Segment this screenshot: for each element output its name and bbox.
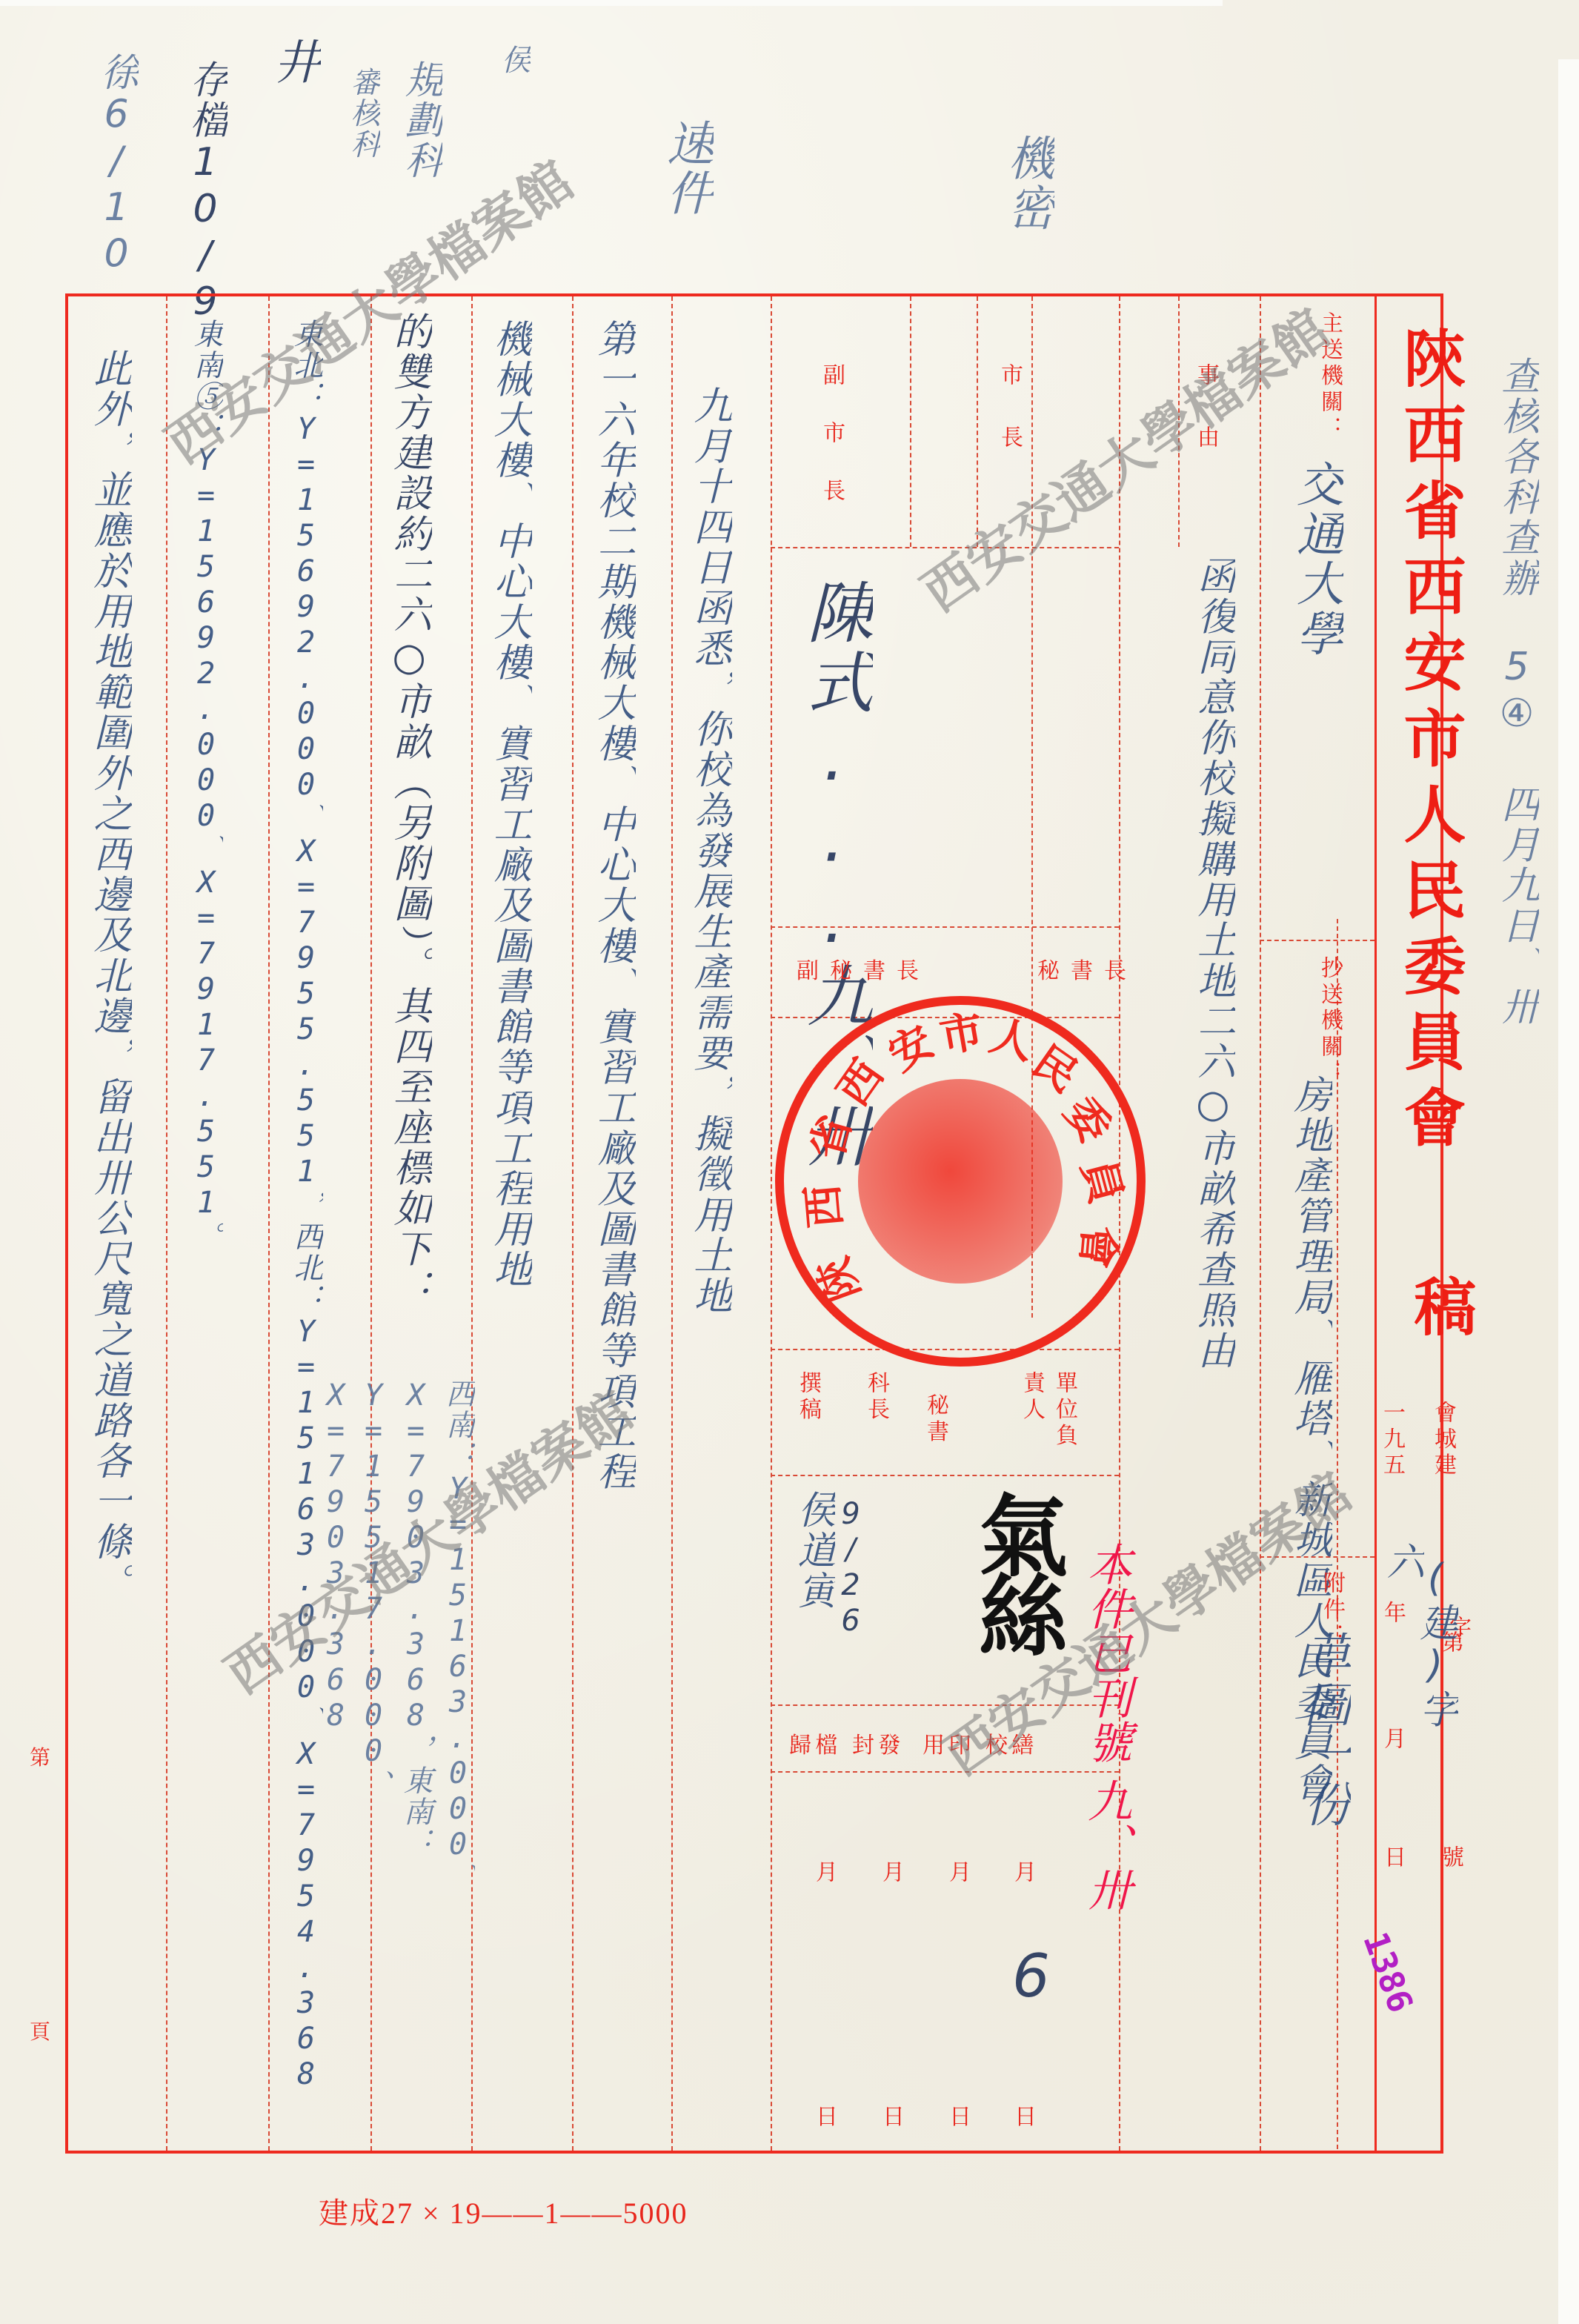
right-margin-note: 查核各科查辦 5④ 四月九日、卅 bbox=[1489, 356, 1545, 1838]
column-rule bbox=[1374, 296, 1377, 2151]
page-label-bottom: 頁 bbox=[30, 2016, 50, 2045]
seal-char: 人 bbox=[984, 1000, 1042, 1072]
proofread-day: 日 bbox=[1006, 2105, 1039, 2131]
note-urgent: 速件 bbox=[652, 119, 720, 218]
deputy-secretary-general-label: 副秘書長 bbox=[797, 952, 930, 985]
note-confidential: 機密 bbox=[993, 133, 1061, 233]
column-rule bbox=[671, 296, 673, 2151]
attachment-value: 草圖一份 bbox=[1289, 1630, 1357, 1830]
seal-char: 省 bbox=[792, 1107, 863, 1165]
secretary-label: 秘書 bbox=[919, 1393, 951, 1446]
dispatch-day: 日 bbox=[874, 2105, 907, 2131]
ref-prefix-label: 會城建 bbox=[1426, 1401, 1459, 1479]
page-label-top: 第 bbox=[30, 1742, 50, 1771]
dispatch-month: 月 bbox=[874, 1860, 907, 1886]
note-initial: 侯 bbox=[493, 44, 535, 76]
seal-char: 西 bbox=[788, 1182, 854, 1230]
filing-label: 歸檔 bbox=[789, 1727, 842, 1759]
body-line-3: 機械大樓、中心大樓、實習工廠及圖書館等項工程用地 bbox=[482, 319, 537, 2134]
form-print-code: 建成27 × 19——1——5000 bbox=[319, 2190, 688, 2232]
body-line-last: 此外，並應於用地範圍外之西邊及北邊，留出卅公尺寬之道路各一條。 bbox=[82, 348, 137, 2127]
dispatch-label: 封發 bbox=[852, 1727, 905, 1759]
org-title: 陝西省西安市人民委員會 bbox=[1386, 326, 1475, 1161]
proofread-month-value: 6 bbox=[997, 1942, 1066, 2013]
scan-edge-top bbox=[0, 0, 1223, 6]
note-planning-section: 規劃科 bbox=[393, 59, 448, 181]
filing-month: 月 bbox=[808, 1860, 840, 1886]
column-rule bbox=[977, 296, 978, 547]
scan-edge-right bbox=[1558, 59, 1579, 2324]
seal-char: 陝 bbox=[799, 1249, 872, 1311]
drafter-label: 撰稿 bbox=[791, 1371, 824, 1424]
ref-year-digit: 六 bbox=[1374, 1541, 1430, 1582]
subject-value: 函復同意你校擬購用土地二六○市畝希查照由 bbox=[1186, 556, 1240, 1371]
coordinates-column-2: 東南⑤：Y=15692.000、X=7917.551。 bbox=[185, 319, 227, 2134]
note-mark: 井 bbox=[259, 37, 328, 87]
seal-char: 市 bbox=[934, 996, 988, 1065]
seal-char: 會 bbox=[1069, 1223, 1135, 1271]
national-emblem-icon bbox=[858, 1079, 1063, 1284]
drafter-signature: 侯道寅 bbox=[785, 1490, 841, 1611]
note-review-section: 審核科 bbox=[342, 67, 385, 160]
ref-hao-label: 號 bbox=[1434, 1845, 1466, 1871]
drafter-date: 9/26 bbox=[834, 1497, 868, 1639]
proofread-month: 月 bbox=[1006, 1860, 1039, 1886]
note-date-2: 徐6/10 bbox=[89, 52, 144, 278]
note-date-1: 存檔10/9 bbox=[178, 59, 233, 326]
seal-char: 安 bbox=[875, 1007, 943, 1083]
seal-use-day: 日 bbox=[941, 2105, 974, 2131]
column-rule bbox=[572, 296, 574, 2151]
column-rule bbox=[268, 296, 270, 2151]
official-seal: 陝 西 省 西 安 市 人 民 委 員 會 bbox=[775, 996, 1146, 1367]
day-label-ref: 日 bbox=[1376, 1845, 1409, 1871]
column-rule bbox=[1260, 296, 1261, 2151]
row-rule bbox=[771, 1771, 1119, 1773]
main-recipient-value: 交通大學 bbox=[1282, 459, 1350, 659]
cc-recipient-label: 抄送機關： bbox=[1313, 956, 1346, 1087]
vice-mayor-label: 副市長 bbox=[815, 363, 848, 537]
section-chief-label: 科長 bbox=[860, 1371, 892, 1424]
year-label: 年 bbox=[1376, 1601, 1409, 1627]
seal-char: 員 bbox=[1070, 1152, 1141, 1209]
month-label-ref: 月 bbox=[1376, 1727, 1409, 1753]
seal-char: 西 bbox=[820, 1045, 895, 1116]
body-line-1: 九月十四日函悉，你校為發展生產需要，擬徵用土地 bbox=[682, 385, 737, 2127]
unit-head-label: 單位負責人 bbox=[1015, 1371, 1080, 1467]
column-rule bbox=[910, 296, 911, 547]
row-rule bbox=[1260, 940, 1374, 941]
filing-day: 日 bbox=[808, 2105, 840, 2131]
year-prefix-label: 一九五 bbox=[1375, 1401, 1408, 1479]
body-line-2: 第一六年校二期機械大樓、中心大樓、實習工廠及圖書館等項工程 bbox=[585, 319, 641, 2134]
row-rule bbox=[771, 1475, 1119, 1476]
column-rule bbox=[771, 296, 772, 2151]
seal-use-month: 月 bbox=[941, 1860, 974, 1886]
ref-value: (建)字 bbox=[1408, 1556, 1463, 1730]
unit-head-signature-ink: 氣絲 bbox=[952, 1490, 1080, 1650]
mayor-label: 市長 bbox=[993, 363, 1025, 488]
doc-type-label: 稿 bbox=[1396, 1275, 1486, 1348]
column-rule bbox=[166, 296, 167, 2151]
secretary-general-label: 秘書長 bbox=[1037, 952, 1137, 985]
